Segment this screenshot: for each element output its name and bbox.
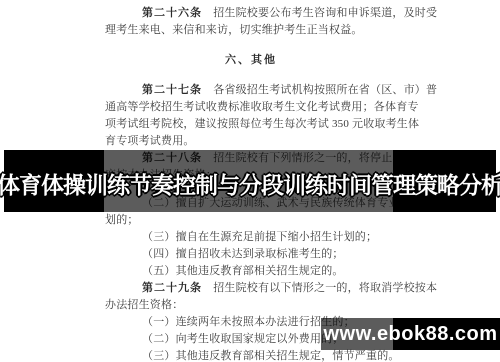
doc-line: 理考生来电、来信和来访，切实维护考生正当权益。 <box>105 22 397 39</box>
doc-line: 第二十七条 各省级招生考试机构按照所在省（区、市）普 <box>105 82 397 99</box>
article-number-bold: 第二十六条 <box>142 7 202 19</box>
doc-line: 通高等学校招生考试收费标准收取考生文化考试费用；各体育专 <box>105 99 397 116</box>
doc-line: 六、其他 <box>105 52 397 69</box>
watermark-url-text: www.ebok88.com <box>323 323 497 346</box>
article-title-overlay: 体育体操训练节奏控制与分段训练时间管理策略分析 <box>0 150 500 212</box>
doc-line: （三）擅自在生源充足前提下缩小招生计划的； <box>105 229 397 246</box>
scanned-document-page: 第二十六条 招生院校要公布考生咨询和申诉渠道，及时受理考生来电、来信和来访，切实… <box>0 0 500 362</box>
article-number-bold: 第二十七条 <box>142 84 202 96</box>
doc-line: 办法招生资格： <box>105 297 397 314</box>
doc-line: 第二十九条 招生院校有以下情形之一的，将取消学校按本 <box>105 280 397 297</box>
doc-line: （三）其他违反教育部相关招生规定，情节严重的。 <box>105 348 397 362</box>
article-number-bold: 第二十九条 <box>142 282 202 294</box>
doc-line: （五）其他违反教育部相关招生规定的。 <box>105 263 397 280</box>
doc-line: 划的； <box>105 212 397 229</box>
doc-line: （四）擅自招收未达到录取标准考生的； <box>105 246 397 263</box>
doc-line: 第二十六条 招生院校要公布考生咨询和申诉渠道，及时受 <box>105 5 397 22</box>
watermark-banner: www.ebok88.com <box>321 318 500 350</box>
doc-line: 育专项考试费用。 <box>105 133 397 150</box>
doc-line: 项考试组考院校，建议按照每位考生每次考试 350 元收取考生体 <box>105 116 397 133</box>
